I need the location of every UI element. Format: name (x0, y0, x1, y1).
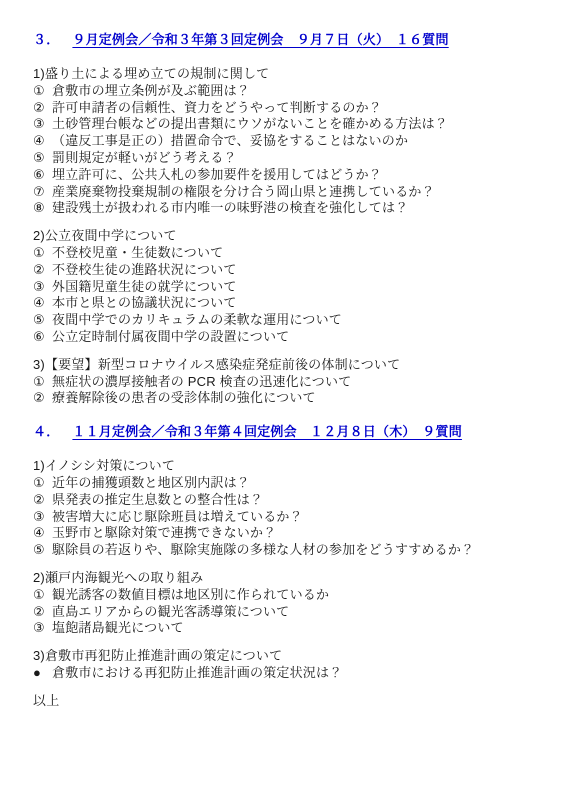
item-text: 塩飽諸島観光について (52, 620, 538, 637)
circled-number-marker: ⑤ (33, 542, 52, 559)
item-text: 被害増大に応じ駆除班員は増えているか？ (52, 509, 538, 526)
question-item: ③塩飽諸島観光について (33, 620, 538, 637)
question-item: ①観光誘客の数値目標は地区別に作られているか (33, 587, 538, 604)
question-item: ①近年の捕獲頭数と地区別内訳は？ (33, 475, 538, 492)
section-number: ４． (33, 422, 59, 441)
question-item: ②不登校生徒の進路状況について (33, 262, 538, 279)
item-text: 土砂管理台帳などの提出書類にウソがないことを確かめる方法は？ (52, 116, 538, 133)
question-item: ②直島エリアからの観光客誘導策について (33, 604, 538, 621)
item-text: 近年の捕獲頭数と地区別内訳は？ (52, 475, 538, 492)
item-text: 駆除員の若返りや、駆除実施隊の多様な人材の参加をどうすすめるか？ (52, 542, 538, 559)
document-body: ３．９月定例会／令和３年第３回定例会 ９月７日（火） １６質問1)盛り土による埋… (33, 30, 538, 682)
item-text: 夜間中学でのカリキュラムの柔軟な運用について (52, 312, 538, 329)
item-text: 倉敷市における再犯防止推進計画の策定状況は？ (52, 665, 538, 682)
question-item: ②県発表の推定生息数との整合性は？ (33, 492, 538, 509)
question-item: ⑧建設残土が扱われる市内唯一の味野港の検査を強化しては？ (33, 200, 538, 217)
item-text: 玉野市と駆除対策で連携できないか？ (52, 525, 538, 542)
question-item: ①無症状の濃厚接触者の PCR 検査の迅速化について (33, 374, 538, 391)
item-text: 産業廃棄物投棄規制の権限を分け合う岡山県と連携しているか？ (52, 184, 538, 201)
circled-number-marker: ④ (33, 295, 52, 312)
circled-number-marker: ⑦ (33, 184, 52, 201)
question-item: ③外国籍児童生徒の就学について (33, 279, 538, 296)
question-group: 3)【要望】新型コロナウイルス感染症発症前後の体制について①無症状の濃厚接触者の… (33, 357, 538, 407)
group-heading: 2)瀬戸内海観光への取り組み (33, 570, 538, 587)
question-item: ⑤罰則規定が軽いがどう考える？ (33, 150, 538, 167)
question-item: ④玉野市と駆除対策で連携できないか？ (33, 525, 538, 542)
circled-number-marker: ④ (33, 133, 52, 150)
question-item: ⑥埋立許可に、公共入札の参加要件を援用してはどうか？ (33, 167, 538, 184)
circled-number-marker: ① (33, 374, 52, 391)
question-group: 1)イノシシ対策について①近年の捕獲頭数と地区別内訳は？②県発表の推定生息数との… (33, 458, 538, 559)
question-group: 1)盛り土による埋め立ての規制に関して①倉敷市の埋立条例が及ぶ範囲は？②許可申請… (33, 66, 538, 217)
question-item: ⑥公立定時制付属夜間中学の設置について (33, 329, 538, 346)
item-text: 罰則規定が軽いがどう考える？ (52, 150, 538, 167)
agenda-section: ３．９月定例会／令和３年第３回定例会 ９月７日（火） １６質問1)盛り土による埋… (33, 30, 538, 407)
circled-number-marker: ⑥ (33, 329, 52, 346)
circled-number-marker: ⑤ (33, 150, 52, 167)
group-heading: 1)イノシシ対策について (33, 458, 538, 475)
circled-number-marker: ② (33, 492, 52, 509)
question-item: ⑦産業廃棄物投棄規制の権限を分け合う岡山県と連携しているか？ (33, 184, 538, 201)
section-title: １１月定例会／令和３年第４回定例会 １２月８日（木） ９質問 (72, 424, 462, 439)
circled-number-marker: ③ (33, 620, 52, 637)
group-heading: 2)公立夜間中学について (33, 228, 538, 245)
item-text: 県発表の推定生息数との整合性は？ (52, 492, 538, 509)
question-item: ①不登校児童・生徒数について (33, 245, 538, 262)
question-item: ④（違反工事是正の）措置命令で、妥協をすることはないのか (33, 133, 538, 150)
question-item: ②許可申請者の信頼性、資力をどうやって判断するのか？ (33, 100, 538, 117)
item-text: 本市と県との協議状況について (52, 295, 538, 312)
item-text: 不登校児童・生徒数について (52, 245, 538, 262)
section-title: ９月定例会／令和３年第３回定例会 ９月７日（火） １６質問 (72, 32, 448, 47)
circled-number-marker: ⑤ (33, 312, 52, 329)
question-group: 3)倉敷市再犯防止推進計画の策定について●倉敷市における再犯防止推進計画の策定状… (33, 648, 538, 682)
item-text: 埋立許可に、公共入札の参加要件を援用してはどうか？ (52, 167, 538, 184)
circled-number-marker: ① (33, 245, 52, 262)
question-item: ①倉敷市の埋立条例が及ぶ範囲は？ (33, 83, 538, 100)
circled-number-marker: ④ (33, 525, 52, 542)
question-group: 2)公立夜間中学について①不登校児童・生徒数について②不登校生徒の進路状況につい… (33, 228, 538, 346)
item-text: 建設残土が扱われる市内唯一の味野港の検査を強化しては？ (52, 200, 538, 217)
item-text: 不登校生徒の進路状況について (52, 262, 538, 279)
group-heading: 3)【要望】新型コロナウイルス感染症発症前後の体制について (33, 357, 538, 374)
circled-number-marker: ① (33, 587, 52, 604)
question-item: ④本市と県との協議状況について (33, 295, 538, 312)
agenda-section: ４．１１月定例会／令和３年第４回定例会 １２月８日（木） ９質問1)イノシシ対策… (33, 422, 538, 682)
question-item: ●倉敷市における再犯防止推進計画の策定状況は？ (33, 665, 538, 682)
question-item: ⑤夜間中学でのカリキュラムの柔軟な運用について (33, 312, 538, 329)
item-text: 倉敷市の埋立条例が及ぶ範囲は？ (52, 83, 538, 100)
item-text: 観光誘客の数値目標は地区別に作られているか (52, 587, 538, 604)
circled-number-marker: ⑧ (33, 200, 52, 217)
question-item: ⑤駆除員の若返りや、駆除実施隊の多様な人材の参加をどうすすめるか？ (33, 542, 538, 559)
section-number: ３． (33, 30, 59, 49)
item-text: 直島エリアからの観光客誘導策について (52, 604, 538, 621)
item-text: 公立定時制付属夜間中学の設置について (52, 329, 538, 346)
item-text: 無症状の濃厚接触者の PCR 検査の迅速化について (52, 374, 538, 391)
item-text: 許可申請者の信頼性、資力をどうやって判断するのか？ (52, 100, 538, 117)
circled-number-marker: ③ (33, 509, 52, 526)
circled-number-marker: ③ (33, 279, 52, 296)
section-heading: ３．９月定例会／令和３年第３回定例会 ９月７日（火） １６質問 (33, 30, 538, 49)
circled-number-marker: ② (33, 100, 52, 117)
question-item: ③土砂管理台帳などの提出書類にウソがないことを確かめる方法は？ (33, 116, 538, 133)
bullet-marker: ● (33, 665, 52, 682)
question-item: ③被害増大に応じ駆除班員は増えているか？ (33, 509, 538, 526)
circled-number-marker: ② (33, 604, 52, 621)
circled-number-marker: ② (33, 390, 52, 407)
item-text: （違反工事是正の）措置命令で、妥協をすることはないのか (52, 133, 538, 150)
question-group: 2)瀬戸内海観光への取り組み①観光誘客の数値目標は地区別に作られているか②直島エ… (33, 570, 538, 637)
question-item: ②療養解除後の患者の受診体制の強化について (33, 390, 538, 407)
circled-number-marker: ⑥ (33, 167, 52, 184)
circled-number-marker: ② (33, 262, 52, 279)
circled-number-marker: ① (33, 475, 52, 492)
item-text: 療養解除後の患者の受診体制の強化について (52, 390, 538, 407)
group-heading: 3)倉敷市再犯防止推進計画の策定について (33, 648, 538, 665)
circled-number-marker: ① (33, 83, 52, 100)
circled-number-marker: ③ (33, 116, 52, 133)
document-page: ３．９月定例会／令和３年第３回定例会 ９月７日（火） １６質問1)盛り土による埋… (0, 0, 566, 800)
group-heading: 1)盛り土による埋め立ての規制に関して (33, 66, 538, 83)
item-text: 外国籍児童生徒の就学について (52, 279, 538, 296)
section-heading: ４．１１月定例会／令和３年第４回定例会 １２月８日（木） ９質問 (33, 422, 538, 441)
closing-text: 以上 (33, 693, 538, 710)
